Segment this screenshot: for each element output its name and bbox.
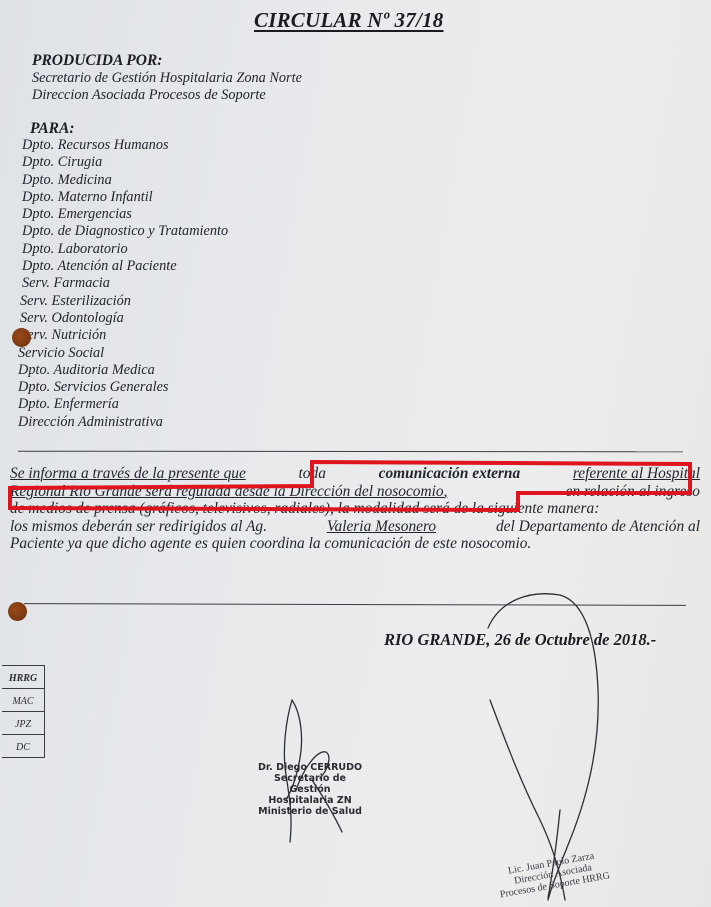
recipients-heading: PARA: [30, 120, 75, 138]
circular-title: CIRCULAR Nº 37/18 [254, 8, 443, 33]
recipient-item: Dpto. Materno Infantil [22, 189, 228, 206]
recipient-item: Dpto. Auditoria Medica [18, 362, 228, 379]
recipient-item: Dpto. Medicina [22, 172, 228, 189]
recipient-item: Dirección Administrativa [18, 414, 228, 431]
body-text-segment: toda [299, 465, 326, 483]
body-line: Paciente ya que dicho agente es quien co… [10, 535, 700, 553]
body-line: Se informa a través de la presente que t… [10, 465, 700, 483]
bold-phrase: comunicación externa [379, 465, 521, 483]
stamp-line: Secretario de Gestión [252, 773, 368, 795]
recipient-item: Dpto. Enfermería [18, 396, 228, 413]
body-line: de medios de prensa (gráficos, televisiv… [10, 500, 700, 518]
recipient-item: Dpto. Cirugia [22, 154, 228, 171]
recipient-item: Dpto. de Diagnostico y Tratamiento [22, 223, 228, 240]
recipient-item: Dpto. Laboratorio [22, 241, 228, 258]
body-line: los mismos deberán ser redirigidos al Ag… [10, 518, 700, 536]
initials-cell: JPZ [2, 712, 44, 735]
produced-by-heading: PRODUCIDA POR: [32, 52, 162, 70]
produced-by-list: Secretario de Gestión Hospitalaria Zona … [32, 70, 302, 105]
signature-stamp-secretary: Dr. Diego CERRUDO Secretario de Gestión … [252, 762, 368, 817]
recipient-item: Serv. Esterilización [20, 293, 228, 310]
body-text-segment: de medios de prensa (gráficos, televisiv… [10, 500, 599, 518]
body-text-segment: en relación al ingreso [566, 483, 700, 501]
body-text-segment: los mismos deberán ser redirigidos al Ag… [10, 518, 267, 536]
body-text-segment: Se informa a través de la presente que [10, 465, 246, 483]
punch-hole [8, 602, 27, 621]
body-text-segment: Paciente ya que dicho agente es quien co… [10, 535, 531, 553]
initials-cell: DC [2, 735, 44, 757]
signature-stamp-director: Lic. Juan Paulo Zarza Dirección Asociada… [476, 845, 629, 904]
initials-cell: HRRG [2, 666, 44, 689]
initials-cell: MAC [2, 689, 44, 712]
recipient-item: Dpto. Servicios Generales [18, 379, 228, 396]
recipient-item: Servicio Social [18, 345, 228, 362]
recipient-item: Serv. Farmacia [22, 275, 228, 292]
highlighted-text-segment: Regional Rio Grande será regulada desde … [10, 483, 447, 501]
produced-by-line: Direccion Asociada Procesos de Soporte [32, 87, 302, 104]
contact-name: Valeria Mesonero [327, 518, 436, 536]
stamp-line: Hospitalaria ZN [252, 795, 368, 806]
recipient-item: Serv. Nutrición [20, 327, 228, 344]
recipient-item: Dpto. Atención al Paciente [22, 258, 228, 275]
produced-by-line: Secretario de Gestión Hospitalaria Zona … [32, 70, 302, 87]
stamp-line: Ministerio de Salud [252, 806, 368, 817]
body-text-segment: referente al Hospital [573, 465, 700, 483]
recipient-item: Dpto. Recursos Humanos [22, 137, 228, 154]
punch-hole [12, 328, 31, 347]
divider [24, 603, 686, 606]
place-date: RIO GRANDE, 26 de Octubre de 2018.- [384, 630, 656, 650]
stamp-line: Dr. Diego CERRUDO [252, 762, 368, 773]
recipient-item: Serv. Odontología [20, 310, 228, 327]
recipients-list: Dpto. Recursos Humanos Dpto. Cirugia Dpt… [22, 137, 228, 431]
body-text-segment: del Departamento de Atención al [496, 518, 700, 536]
recipient-item: Dpto. Emergencias [22, 206, 228, 223]
body-paragraph: Se informa a través de la presente que t… [10, 465, 700, 553]
divider [18, 451, 683, 453]
body-line: Regional Rio Grande será regulada desde … [10, 483, 700, 501]
initials-box: HRRG MAC JPZ DC [2, 665, 45, 758]
